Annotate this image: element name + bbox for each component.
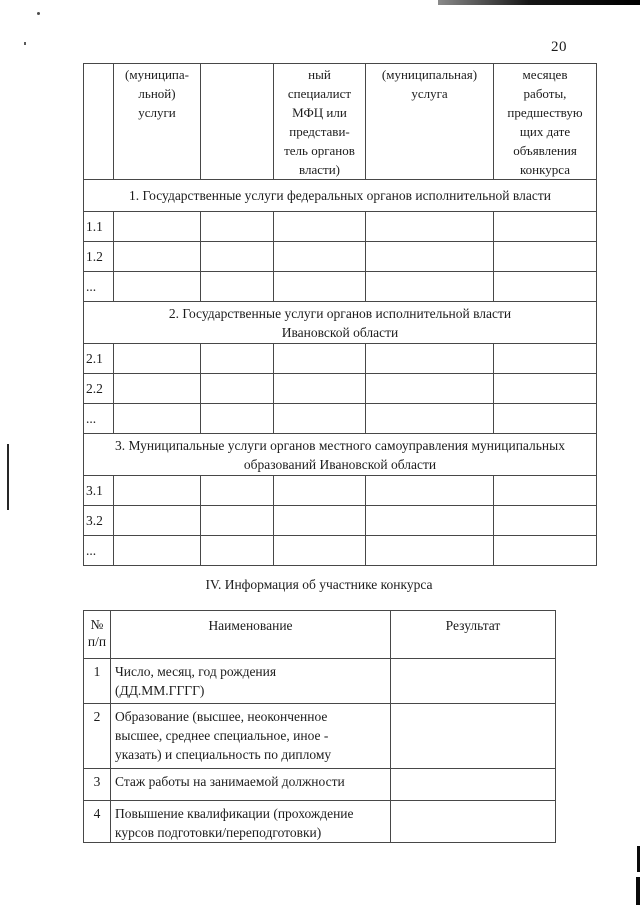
table-row: 3 Стаж работы на занимаемой должности — [84, 769, 556, 801]
table-row: 1 Число, месяц, год рождения (ДД.ММ.ГГГГ… — [84, 659, 556, 704]
header-cell-index — [84, 64, 114, 180]
row-label-cell: ... — [84, 536, 114, 566]
empty-cell — [366, 476, 494, 506]
empty-cell — [274, 212, 366, 242]
services-table: (муниципа- льной) услуги ный специалист … — [83, 63, 597, 566]
row-num-cell: 3 — [84, 769, 111, 801]
header-cell-num: № п/п — [84, 611, 111, 659]
table-row: 2.2 — [84, 374, 597, 404]
row-label-cell: 3.2 — [84, 506, 114, 536]
table-row: 2.1 — [84, 344, 597, 374]
row-name-cell: Число, месяц, год рождения (ДД.ММ.ГГГГ) — [111, 659, 391, 704]
empty-cell — [494, 374, 597, 404]
empty-cell — [274, 536, 366, 566]
header-cell-name: Наименование — [111, 611, 391, 659]
section-title: 3. Муниципальные услуги органов местного… — [84, 434, 597, 476]
participant-table-header-row: № п/п Наименование Результат — [84, 611, 556, 659]
empty-cell — [201, 506, 274, 536]
section-title-row: 2. Государственные услуги органов исполн… — [84, 302, 597, 344]
empty-cell — [201, 242, 274, 272]
empty-cell — [274, 242, 366, 272]
section-heading-iv: IV. Информация об участнике конкурса — [83, 577, 555, 593]
row-label-cell: 2.2 — [84, 374, 114, 404]
services-table-header-row: (муниципа- льной) услуги ный специалист … — [84, 64, 597, 180]
empty-cell — [114, 536, 201, 566]
empty-cell — [494, 272, 597, 302]
empty-cell — [494, 242, 597, 272]
empty-cell — [114, 506, 201, 536]
empty-cell — [201, 476, 274, 506]
empty-cell — [114, 344, 201, 374]
header-cell-months: месяцев работы, предшествую щих дате объ… — [494, 64, 597, 180]
empty-cell — [201, 212, 274, 242]
empty-cell — [274, 374, 366, 404]
table-row: 1.1 — [84, 212, 597, 242]
table-row: 4 Повышение квалификации (прохождение ку… — [84, 801, 556, 843]
empty-cell — [114, 272, 201, 302]
scan-artifact-top-bar — [438, 0, 640, 5]
empty-cell — [201, 272, 274, 302]
page-number: 20 — [551, 39, 567, 56]
section-title: 2. Государственные услуги органов исполн… — [84, 302, 597, 344]
row-name-cell: Повышение квалификации (прохождение курс… — [111, 801, 391, 843]
header-cell-municipal-service: (муниципальная) услуга — [366, 64, 494, 180]
empty-cell — [494, 344, 597, 374]
row-name-cell: Образование (высшее, неоконченное высшее… — [111, 704, 391, 769]
empty-cell — [114, 374, 201, 404]
row-name-cell: Стаж работы на занимаемой должности — [111, 769, 391, 801]
empty-cell — [114, 242, 201, 272]
table-row: 3.2 — [84, 506, 597, 536]
empty-cell — [274, 506, 366, 536]
scan-artifact-right-edge — [636, 877, 640, 905]
header-cell-specialist: ный специалист МФЦ или представи- тель о… — [274, 64, 366, 180]
empty-cell — [366, 536, 494, 566]
empty-cell — [494, 536, 597, 566]
empty-cell — [366, 404, 494, 434]
empty-cell — [494, 212, 597, 242]
empty-cell — [114, 476, 201, 506]
table-row: 2 Образование (высшее, неоконченное высш… — [84, 704, 556, 769]
table-row: 1.2 — [84, 242, 597, 272]
row-num-cell: 4 — [84, 801, 111, 843]
row-label-cell: ... — [84, 404, 114, 434]
empty-cell — [201, 374, 274, 404]
row-label-cell: 2.1 — [84, 344, 114, 374]
row-num-cell: 2 — [84, 704, 111, 769]
row-result-cell — [391, 769, 556, 801]
empty-cell — [274, 476, 366, 506]
row-result-cell — [391, 704, 556, 769]
header-cell-blank — [201, 64, 274, 180]
row-result-cell — [391, 801, 556, 843]
table-row: ... — [84, 536, 597, 566]
empty-cell — [274, 344, 366, 374]
header-cell-result: Результат — [391, 611, 556, 659]
row-num-cell: 1 — [84, 659, 111, 704]
empty-cell — [274, 272, 366, 302]
row-label-cell: 3.1 — [84, 476, 114, 506]
empty-cell — [366, 272, 494, 302]
empty-cell — [366, 212, 494, 242]
table-row: ... — [84, 404, 597, 434]
scan-dot — [37, 12, 40, 15]
section-title: 1. Государственные услуги федеральных ор… — [84, 180, 597, 212]
empty-cell — [366, 242, 494, 272]
empty-cell — [274, 404, 366, 434]
section-title-row: 3. Муниципальные услуги органов местного… — [84, 434, 597, 476]
scan-dot — [24, 42, 26, 45]
section-title-row: 1. Государственные услуги федеральных ор… — [84, 180, 597, 212]
empty-cell — [494, 476, 597, 506]
empty-cell — [366, 506, 494, 536]
scan-artifact-left-line — [7, 444, 9, 510]
row-result-cell — [391, 659, 556, 704]
empty-cell — [366, 344, 494, 374]
empty-cell — [201, 404, 274, 434]
empty-cell — [114, 212, 201, 242]
table-row: ... — [84, 272, 597, 302]
empty-cell — [366, 374, 494, 404]
row-label-cell: 1.2 — [84, 242, 114, 272]
header-cell-service: (муниципа- льной) услуги — [114, 64, 201, 180]
empty-cell — [114, 404, 201, 434]
empty-cell — [201, 344, 274, 374]
empty-cell — [494, 404, 597, 434]
empty-cell — [494, 506, 597, 536]
empty-cell — [201, 536, 274, 566]
table-row: 3.1 — [84, 476, 597, 506]
row-label-cell: ... — [84, 272, 114, 302]
participant-table: № п/п Наименование Результат 1 Число, ме… — [83, 610, 556, 843]
row-label-cell: 1.1 — [84, 212, 114, 242]
